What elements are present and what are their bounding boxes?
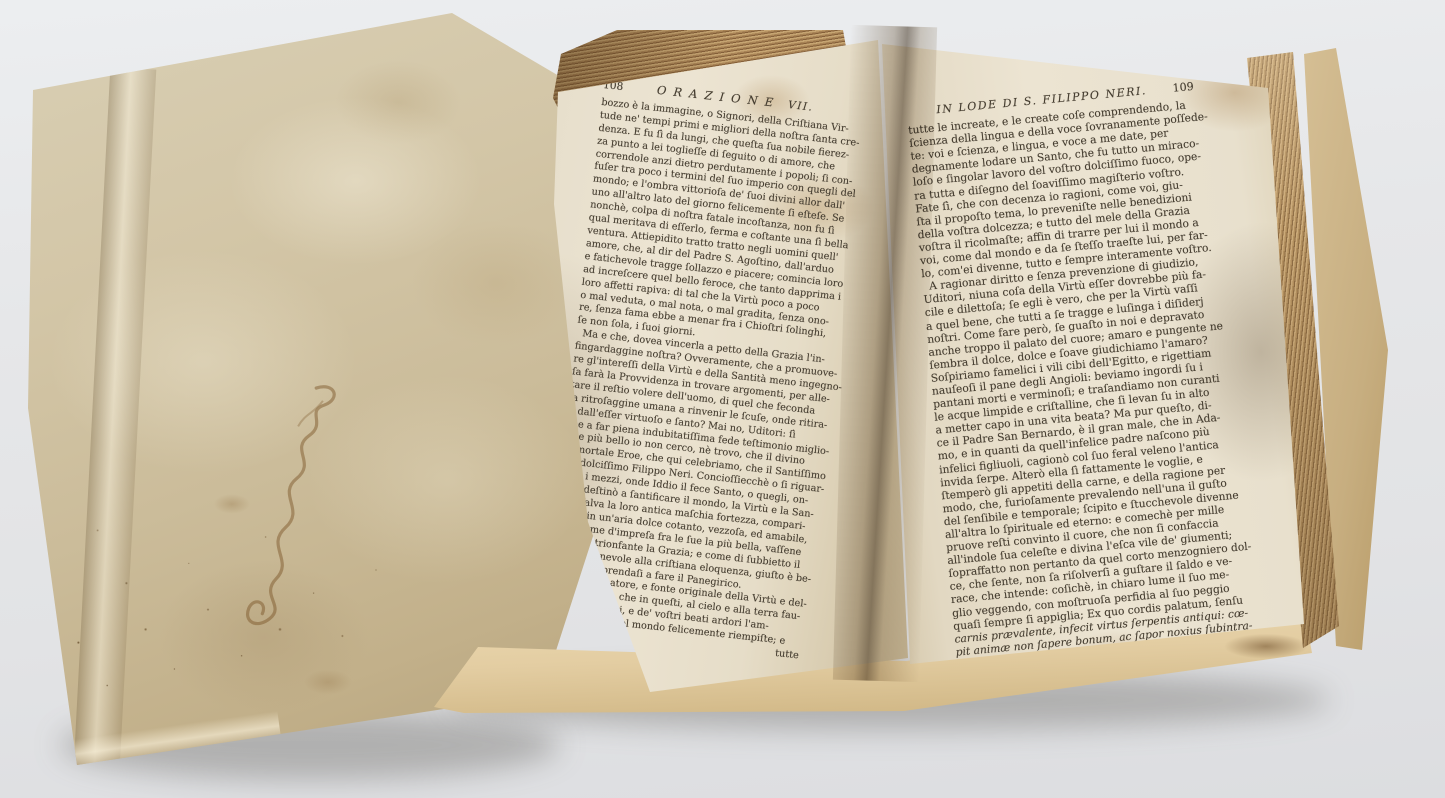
left-page-text: 108 ORAZIONE VII. bozzo è la immagine, o… <box>543 78 904 668</box>
right-page-text: IN LODE DI S. FILIPPO NERI. 109 tutte le… <box>906 74 1304 671</box>
right-page: IN LODE DI S. FILIPPO NERI. 109 tutte le… <box>872 28 1314 676</box>
right-page-lines: tutte le increate, e le create coſe comp… <box>908 92 1303 658</box>
page-number-109: 109 <box>1172 80 1194 95</box>
left-page: 108 ORAZIONE VII. bozzo è la immagine, o… <box>548 34 920 702</box>
oration-numeral: VII. <box>787 99 814 115</box>
book-photograph: 108 ORAZIONE VII. bozzo è la immagine, o… <box>0 0 1445 798</box>
left-page-lines: bozzo è la immagine, o Signori, della Cr… <box>545 97 902 656</box>
